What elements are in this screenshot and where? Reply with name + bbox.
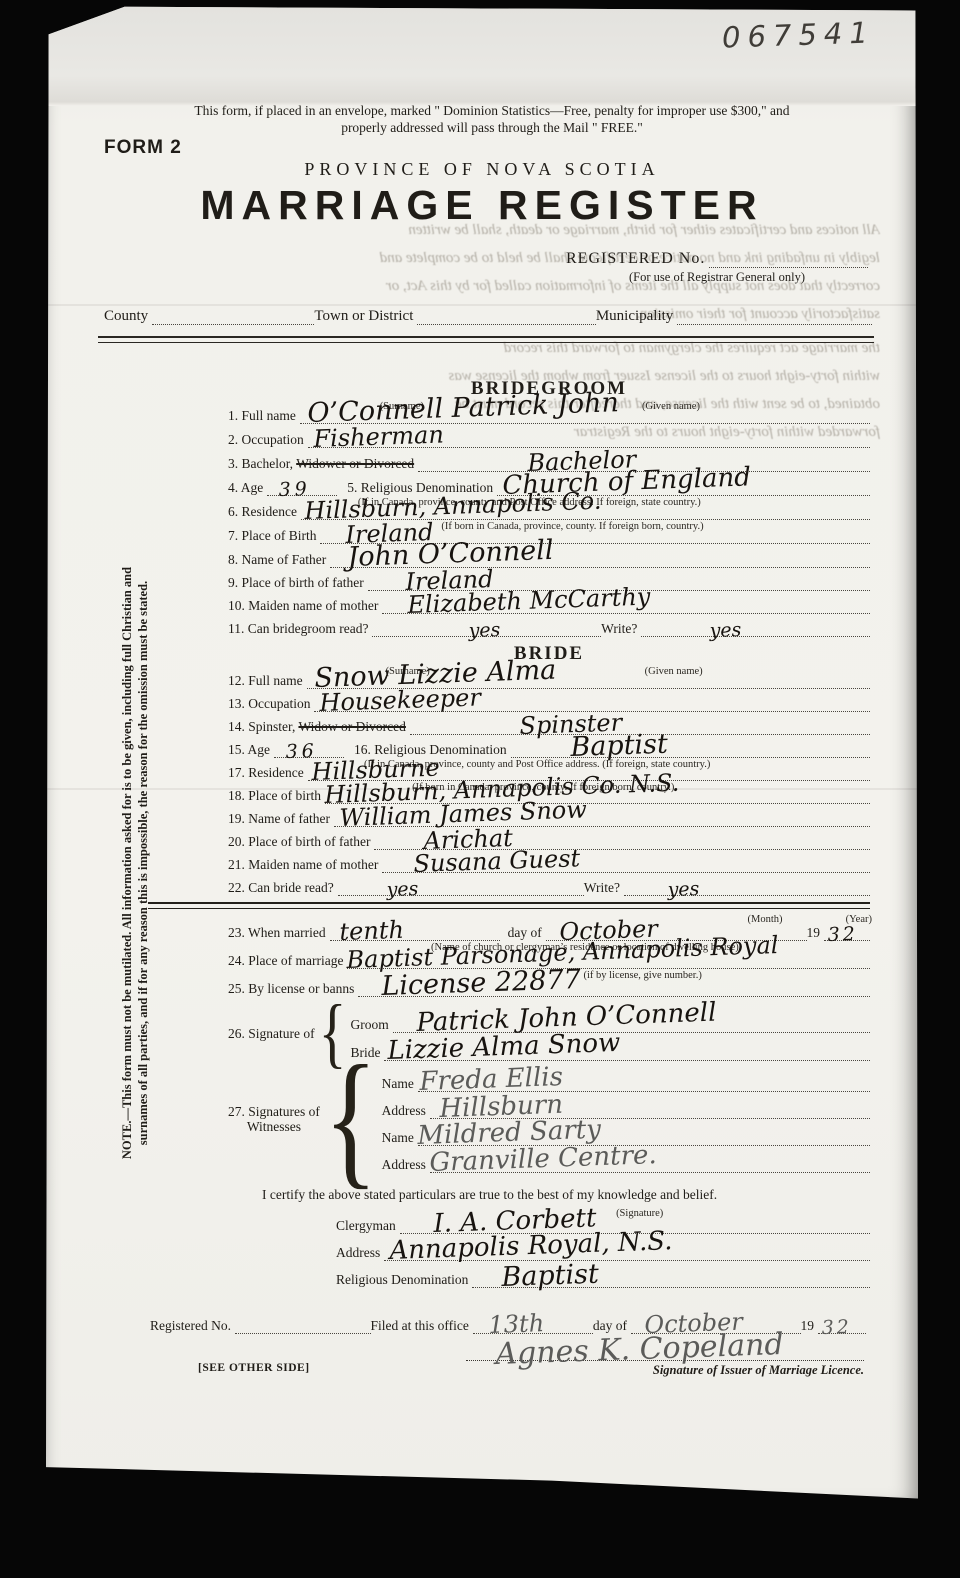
field-line: Annapolis Royal, N.S. [384, 1233, 870, 1261]
field-label: 13. Occupation [228, 696, 314, 712]
license-number-sublabel: (if by license, give number.) [583, 970, 701, 981]
county-row: County Town or District Municipality [104, 306, 872, 325]
registered-no-label: Registered No. [150, 1318, 235, 1334]
field-label: 17. Residence [228, 765, 308, 781]
field-line: yes [624, 872, 870, 896]
field-line: Arichat [374, 826, 870, 850]
registrar-general-note: (For use of Registrar General only) [566, 270, 868, 285]
filed-line: 13th [473, 1309, 593, 1334]
field-label: 11. Can bridegroom read? [228, 621, 372, 637]
field-can-read-bride: 22. Can bride read? yes Write? yes [228, 873, 870, 896]
clergy-denomination-row: Religious Denomination Baptist [336, 1261, 870, 1288]
field-line: yes [641, 613, 870, 637]
registered-no-line [235, 1309, 371, 1334]
field-occupation-groom: 2. Occupation Fisherman [228, 424, 870, 448]
denomination-label: Religious Denomination [336, 1272, 472, 1288]
year-prefix: 19 [801, 1318, 819, 1334]
field-father-name-groom: 8. Name of Father John O’Connell [228, 544, 870, 568]
clergy-block: Clergyman I. A. Corbett (Signature) Addr… [336, 1207, 870, 1288]
field-line: Hillsburn, Annapolis Co. (If in Canada, … [301, 495, 870, 520]
field-label: 9. Place of birth of father [228, 575, 368, 591]
field-residence-groom: 6. Residence Hillsburn, Annapolis Co. (I… [228, 496, 870, 520]
witness1-address-row: Address Hillsburn [382, 1092, 870, 1119]
province-heading: PROVINCE OF NOVA SCOTIA [46, 159, 918, 180]
town-district-line [417, 306, 595, 325]
clergyman-label: Clergyman [336, 1218, 400, 1234]
signature-sublabel: (Signature) [616, 1208, 663, 1219]
field-label: 6. Residence [228, 504, 301, 520]
clergy-address-row: Address Annapolis Royal, N.S. [336, 1234, 870, 1261]
bride-label: Bride [350, 1045, 384, 1061]
registered-no-block: REGISTERED No. (For use of Registrar Gen… [566, 249, 868, 285]
witness1-name-row: Name Freda Ellis [382, 1065, 870, 1092]
field-full-name-bride: 12. Full name Snow Lizzie Alma (Surname)… [228, 665, 870, 689]
mailing-instruction: This form, if placed in an envelope, mar… [106, 102, 878, 136]
witness2-address: Granville Centre. [429, 1140, 657, 1178]
bride-signature: Lizzie Alma Snow [387, 1028, 621, 1066]
field-line: William James Snow [334, 803, 870, 827]
field-father-name-bride: 19. Name of father William James Snow [228, 804, 870, 827]
year-line: 32 [818, 1309, 866, 1334]
address-label: Address [382, 1157, 430, 1173]
name-label: Name [382, 1130, 418, 1146]
county-line [152, 306, 314, 325]
given-name-sublabel: (Given name) [645, 666, 703, 677]
signature-line: Granville Centre. [430, 1145, 870, 1173]
field-label: 1. Full name [228, 408, 300, 424]
field-label: 3. Bachelor, Widower or Divorced [228, 456, 418, 472]
field-line: Elizabeth McCarthy [382, 590, 870, 614]
field-label: 10. Maiden name of mother [228, 598, 382, 614]
field-mother-maiden-name-bride: 21. Maiden name of mother Susana Guest [228, 850, 870, 873]
county-label: County [104, 308, 152, 325]
mailing-instruction-line1: This form, if placed in an envelope, mar… [106, 102, 878, 119]
bride-signature-row: Bride Lizzie Alma Snow [350, 1033, 870, 1061]
handwritten-value: yes [709, 619, 741, 642]
field-line: Snow Lizzie Alma (Surname) (Given name) [307, 664, 870, 689]
given-name-sublabel: (Given name) [642, 401, 700, 412]
filed-label: Filed at this office [371, 1318, 473, 1334]
municipality-label: Municipality [596, 308, 678, 325]
field-can-read-groom: 11. Can bridegroom read? yes Write? yes [228, 614, 870, 637]
field-line: O’Connell Patrick John (Surname) (Given … [300, 399, 870, 424]
signature-line: Freda Ellis [418, 1064, 870, 1092]
field-line: John O’Connell [330, 543, 870, 568]
label-kept: 14. Spinster, [228, 719, 298, 734]
town-district-label: Town or District [314, 308, 417, 325]
label-struck-out: Widower or Divorced [296, 456, 414, 471]
signature-rows: Groom Patrick John O’Connell Bride Lizzi… [350, 1005, 870, 1061]
margin-note-vertical: NOTE.—This form must not be mutilated. A… [119, 531, 161, 1195]
witnesses-label: 27. Signatures of Witnesses [228, 1104, 320, 1134]
field-label: 7. Place of Birth [228, 528, 320, 544]
field-line: 32 (Year) [824, 912, 870, 941]
registered-no-line [709, 249, 868, 268]
write-label: Write? [584, 880, 624, 896]
field-label: 25. By license or banns [228, 981, 358, 997]
filed-date: 13th [488, 1309, 545, 1339]
handwritten-value: License 22877 [381, 964, 581, 1002]
field-label: 23. When married [228, 925, 330, 941]
witnesses-label-line2: Witnesses [228, 1119, 320, 1134]
registered-no-label: REGISTERED No. [566, 250, 709, 268]
filed-year: 32 [821, 1316, 852, 1339]
see-other-side-note: [SEE OTHER SIDE] [198, 1362, 310, 1374]
handwritten-document-number: 067541 [721, 15, 875, 54]
field-line: Baptist [511, 734, 870, 758]
field-label: 18. Place of birth [228, 788, 325, 804]
field-line: Susana Guest [382, 849, 870, 873]
field-label: 14. Spinster, Widow or Divorced [228, 719, 410, 735]
clergy-denomination: Baptist [501, 1259, 599, 1293]
witnesses-block: 27. Signatures of Witnesses Name Freda E… [228, 1065, 870, 1173]
page-title: MARRIAGE REGISTER [46, 182, 918, 229]
form-body: BRIDEGROOM 1. Full name O’Connell Patric… [228, 378, 870, 1288]
signature-line: Patrick John O’Connell [393, 1004, 870, 1033]
section-divider-rule [148, 902, 870, 909]
double-rule [98, 336, 874, 343]
address-label: Address [382, 1103, 430, 1119]
field-label: 15. Age [228, 742, 274, 758]
field-line: yes [372, 613, 601, 637]
form-number-label: FORM 2 [104, 137, 182, 159]
field-label: 2. Occupation [228, 432, 308, 448]
marriage-register-page: 067541 All notices and certificates eith… [46, 6, 918, 1500]
write-label: Write? [601, 621, 641, 637]
field-line: 36 [274, 734, 344, 758]
name-label: Name [382, 1076, 418, 1092]
field-line: Baptist Parsonage, Annapolis Royal (Name… [347, 940, 870, 969]
field-label: 22. Can bride read? [228, 880, 338, 896]
witness2-address-row: Address Granville Centre. [382, 1146, 870, 1173]
handwritten-value: yes [667, 878, 699, 901]
witness-rows: Name Freda Ellis Address Hillsburn Name [382, 1065, 870, 1173]
signature-line: Hillsburn [430, 1091, 870, 1119]
field-occupation-bride: 13. Occupation Housekeeper [228, 689, 870, 712]
field-age-denomination-bride: 15. Age 36 16. Religious Denomination Ba… [228, 735, 870, 758]
signature-line: Lizzie Alma Snow [384, 1032, 870, 1061]
field-label: 8. Name of Father [228, 552, 330, 568]
margin-note-line2: surnames of all parties, and if for any … [135, 531, 151, 1195]
field-label: 12. Full name [228, 673, 307, 689]
field-label: 24. Place of marriage [228, 953, 347, 969]
handwritten-value: yes [386, 878, 418, 901]
margin-note-line1: NOTE.—This form must not be mutilated. A… [119, 531, 135, 1195]
field-line: Housekeeper [314, 688, 870, 712]
witnesses-label-line1: 27. Signatures of [228, 1104, 320, 1119]
handwritten-value: yes [468, 619, 500, 642]
month-sublabel: (Month) [748, 914, 783, 925]
field-label: 21. Maiden name of mother [228, 857, 382, 873]
groom-label: Groom [350, 1017, 392, 1033]
field-full-name-groom: 1. Full name O’Connell Patrick John (Sur… [228, 400, 870, 424]
field-line: Fisherman [308, 423, 870, 448]
field-license-or-banns: 25. By license or banns License 22877 (i… [228, 969, 870, 997]
mailing-instruction-line2: properly addressed will pass through the… [106, 119, 878, 136]
scanned-document-canvas: 067541 All notices and certificates eith… [0, 0, 960, 1578]
label-kept: 3. Bachelor, [228, 456, 296, 471]
municipality-line [677, 306, 872, 325]
birthplace-sublabel: (If born in Canada, province, county. If… [441, 521, 703, 532]
field-line: tenth [330, 912, 500, 941]
field-label: 4. Age [228, 480, 267, 496]
field-mother-maiden-name-groom: 10. Maiden name of mother Elizabeth McCa… [228, 591, 870, 614]
address-label: Address [336, 1245, 384, 1261]
field-line: Baptist [472, 1260, 870, 1288]
field-line: License 22877 (if by license, give numbe… [358, 968, 870, 997]
label-struck-out: Widow or Divorced [298, 719, 405, 734]
field-line: yes [338, 872, 584, 896]
year-prefix: 19 [807, 925, 825, 941]
field-label: 20. Place of birth of father [228, 834, 374, 850]
field-line: Hillsburn, Annapolis Co. N.S. (If born i… [325, 780, 870, 804]
field-marital-status-bride: 14. Spinster, Widow or Divorced Spinster [228, 712, 870, 735]
field-line: 39 [267, 471, 337, 496]
signature-of-label: 26. Signature of [228, 1026, 315, 1041]
field-label: 19. Name of father [228, 811, 334, 827]
